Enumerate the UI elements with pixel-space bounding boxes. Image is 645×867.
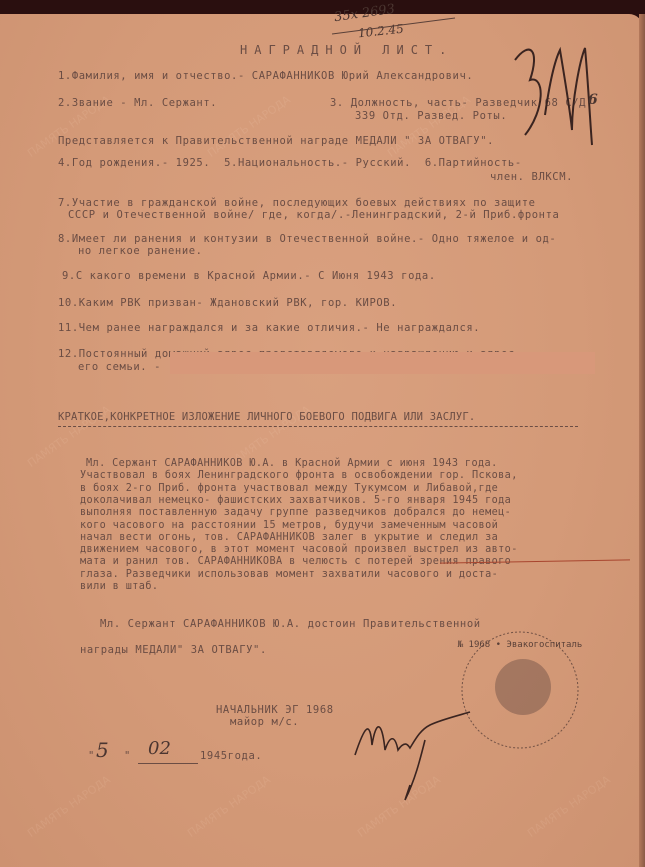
redaction-box [170,352,595,374]
field-previous-awards: 11.Чем ранее награждался и за какие отли… [58,322,480,334]
date-month: 02 [148,738,171,759]
unit-digit-handwritten: 6 [588,92,598,108]
date-open-quote: " [88,750,95,762]
signatory-rank: майор м/с. [230,716,299,728]
narrative-line: доколачивал немецко- фашистских захватчи… [80,495,511,507]
date-year: 1945года. [200,750,262,762]
narrative-line: движением часового, в этот момент часово… [80,544,518,556]
field-wounds-line2: но легкое ранение. [78,245,203,257]
narrative-line: вили в штаб. [80,581,158,593]
field-wounds-line1: 8.Имеет ли ранения и контузии в Отечеств… [58,233,556,245]
field-party-member: член. ВЛКСМ. [490,171,573,183]
field-draft-office: 10.Каким РВК призван- Ждановский РВК, го… [58,297,397,309]
narrative-line: выполняя поставленную задачу группе разв… [80,507,511,519]
field-rank: 2.Звание - Мл. Сержант. [58,97,217,109]
award-presentation: Представляется к Правительственной награ… [58,135,494,147]
resolution-mark [510,40,600,150]
stamp-text: № 1968 • Эвакогоспиталь [457,640,583,650]
field-participation-line1: 7.Участие в гражданской войне, последующ… [58,197,536,209]
date-month-line [138,763,198,764]
field-unit: 339 Отд. Развед. Роты. [355,110,507,122]
narrative-line: глаза. Разведчики использовав момент зах… [80,569,498,581]
heading-underline [58,426,578,427]
date-day: 5 [96,738,109,762]
page-edge [639,14,645,867]
field-address-line2: его семьи. - [78,361,161,373]
narrative-line: кого часового на расстоянии 15 метров, б… [80,520,498,532]
archive-note-line [330,16,460,36]
narrative-line: в боях 2-го Приб. фронта участвовал межд… [80,483,498,495]
date-close-quote: " [124,750,131,762]
signature [350,700,510,810]
narrative-line: Участвовал в боях Ленинградского фронта … [80,470,518,482]
field-name: 1.Фамилия, имя и отчество.- САРАФАННИКОВ… [58,70,473,82]
narrative-line: начал вести огонь, тов. САРАФАННИКОВ зал… [80,532,498,544]
field-service-since: 9.С какого времени в Красной Армии.- С И… [62,270,436,282]
conclusion-line1: Мл. Сержант САРАФАННИКОВ Ю.А. достоин Пр… [100,618,481,630]
field-participation-line2: СССР и Отечественной войне/ где, когда/.… [68,209,559,221]
document-title: НАГРАДНОЙ ЛИСТ. [240,44,453,56]
signatory-title: НАЧАЛЬНИК ЭГ 1968 [216,704,334,716]
narrative-line: Мл. Сержант САРАФАННИКОВ Ю.А. в Красной … [86,458,498,470]
field-birth-nationality-party: 4.Год рождения.- 1925. 5.Национальность.… [58,157,522,169]
conclusion-line2: награды МЕДАЛИ" ЗА ОТВАГУ". [80,644,267,656]
section-heading: КРАТКОЕ,КОНКРЕТНОЕ ИЗЛОЖЕНИЕ ЛИЧНОГО БОЕ… [58,411,475,423]
